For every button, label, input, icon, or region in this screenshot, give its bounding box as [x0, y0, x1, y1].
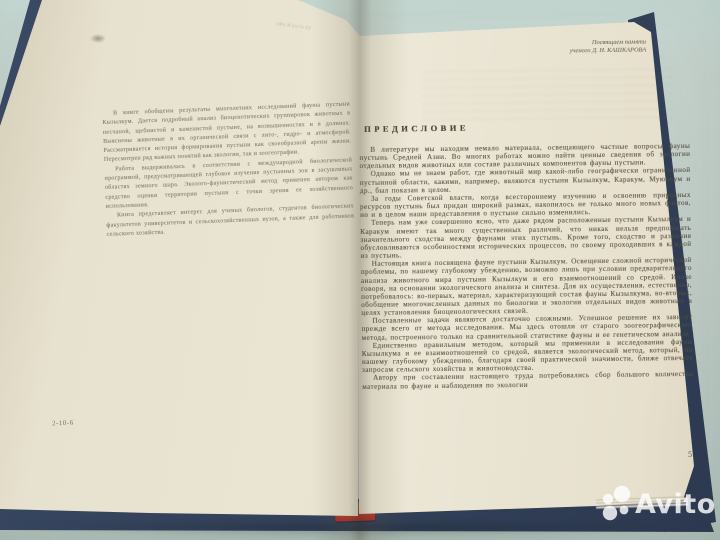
- avito-watermark-label: Avito: [635, 491, 716, 518]
- preface-paragraph: Настоящая книга посвящена фауне пустыни …: [361, 256, 693, 317]
- preface-page-content: Посвящаем памяти ученого Д. Н. КАШКАРОВА…: [358, 36, 697, 480]
- dedication-line: ученого Д. Н. КАШКАРОВА: [570, 46, 646, 55]
- page-number: 5: [688, 450, 692, 459]
- preface-heading: ПРЕДИСЛОВИЕ: [364, 123, 469, 134]
- preface-paragraph: Поставленные задачи являются достаточно …: [361, 313, 692, 342]
- preface-paragraph: Теперь нам уже совершенно ясно, что даже…: [360, 215, 691, 260]
- annotation-paragraph: В книге обобщены результаты многолетних …: [102, 100, 352, 165]
- reverse-side-show-through: [422, 68, 673, 127]
- avito-watermark: Avito: [597, 482, 717, 526]
- book-photo: 591.9 (575.1) В книге обобщены результат…: [0, 0, 720, 540]
- book-drop-shadow: [0, 524, 720, 538]
- preface-paragraph: Автору при составлении настоящего труда …: [362, 370, 693, 390]
- faint-stamp-mark: [90, 34, 106, 43]
- annotation-block: В книге обобщены результаты многолетних …: [102, 100, 355, 240]
- preface-paragraph: Единственно правильным методом, который …: [362, 338, 693, 375]
- dedication: Посвящаем памяти ученого Д. Н. КАШКАРОВА: [570, 38, 647, 55]
- preface-body: В литературе мы находим немало материала…: [359, 142, 693, 391]
- avito-circles-icon: [597, 484, 633, 524]
- print-code: 2-10-6: [52, 419, 74, 428]
